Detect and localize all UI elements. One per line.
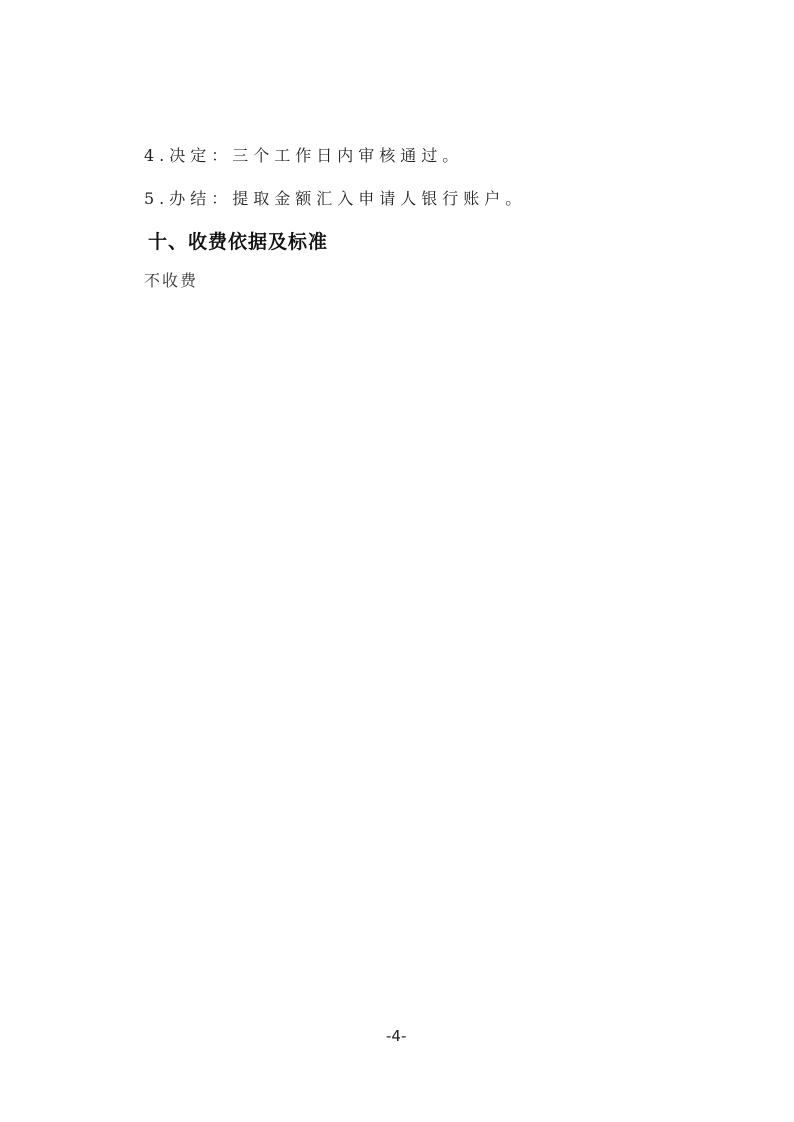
step-number: 5. bbox=[144, 189, 169, 208]
step-label: 决定： bbox=[169, 146, 232, 165]
section-heading: 十、收费依据及标准 bbox=[148, 227, 328, 254]
step-5: 5.办结：提取金额汇入申请人银行账户。 bbox=[144, 186, 526, 209]
section-content: 不收费 bbox=[144, 268, 198, 291]
step-number: 4. bbox=[144, 146, 169, 165]
step-text: 三个工作日内审核通过。 bbox=[232, 146, 463, 165]
step-label: 办结： bbox=[169, 189, 232, 208]
step-text: 提取金额汇入申请人银行账户。 bbox=[232, 189, 526, 208]
step-4: 4.决定：三个工作日内审核通过。 bbox=[144, 143, 463, 166]
page-number: -4- bbox=[386, 1027, 406, 1045]
